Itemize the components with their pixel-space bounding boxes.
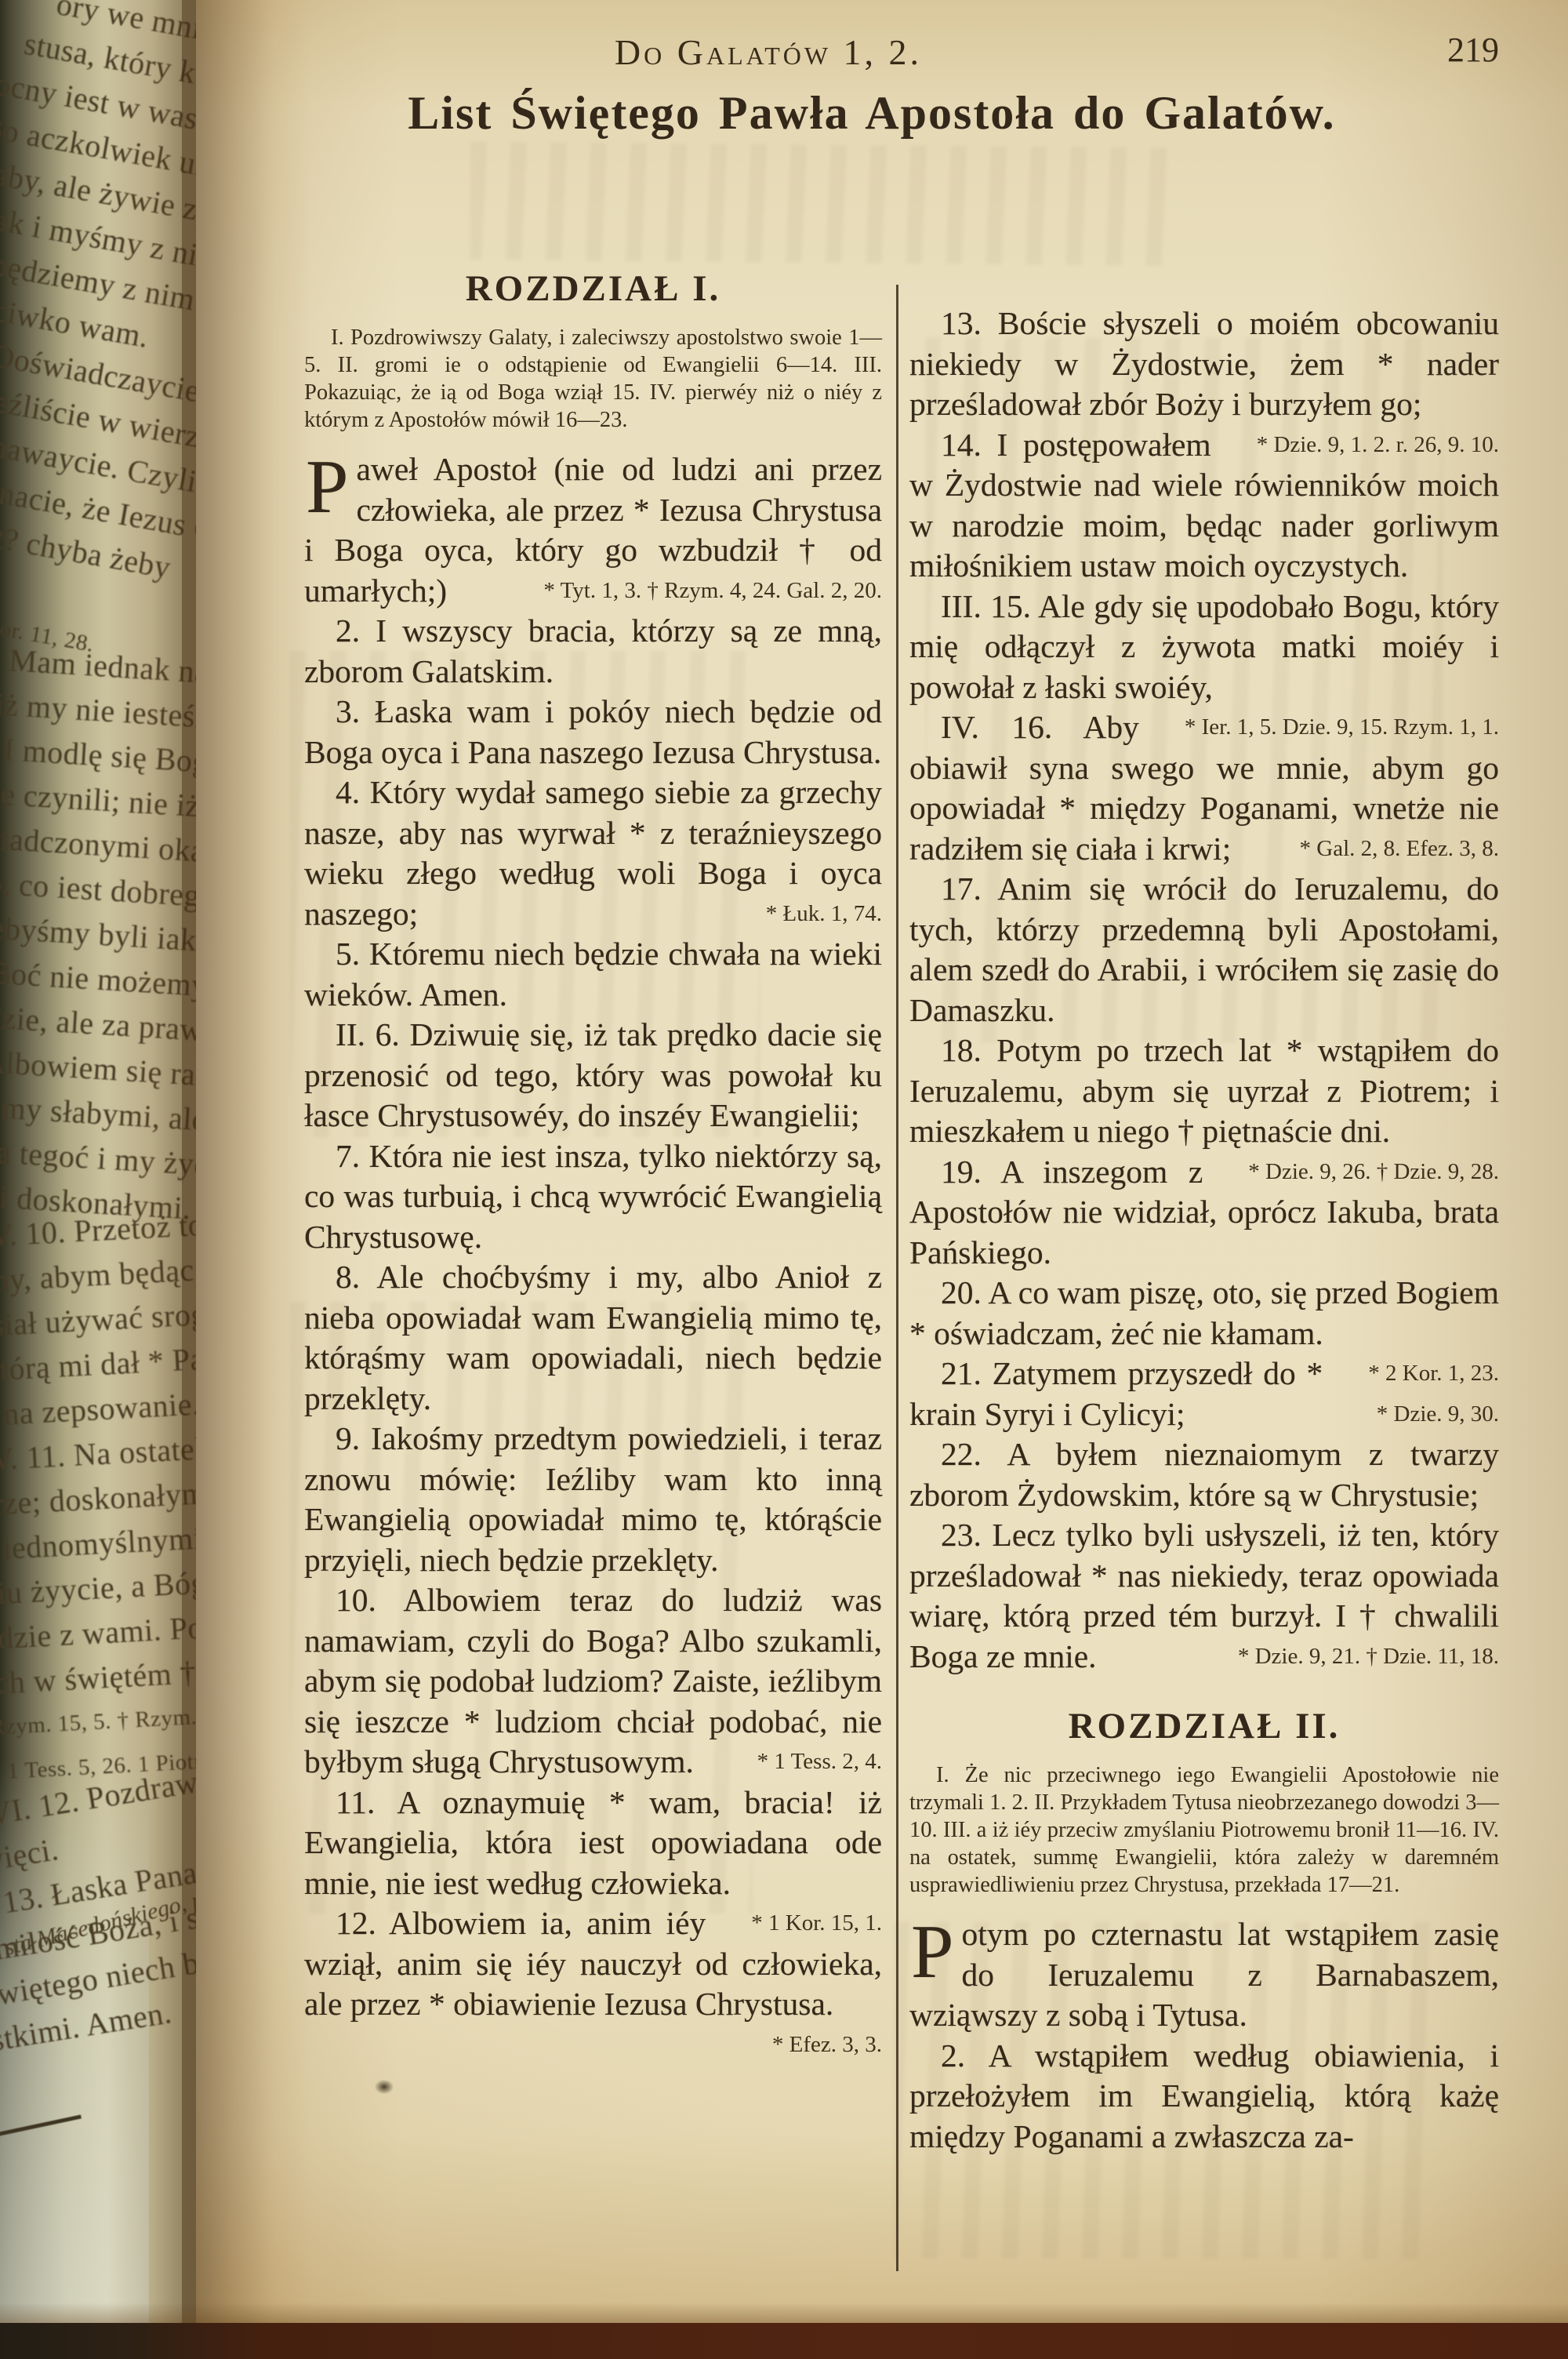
cross-reference: * Efez. 3, 3. xyxy=(727,2025,882,2066)
facing-page-text-block: óry we mnie mówi,stusa, który ku wam nie… xyxy=(0,0,196,714)
table-surface xyxy=(0,2323,1568,2359)
verse-text: 20. A co wam piszę, oto, się przed Bogie… xyxy=(909,1274,1499,1351)
column-divider-rule xyxy=(896,285,898,2271)
verse-paragraph: 9. Iakośmy przedtym powiedzieli, i teraz… xyxy=(304,1419,882,1580)
verse-paragraph: 2. A wstąpiłem według obiawienia, i prze… xyxy=(909,2036,1499,2157)
verse-text: 8. Ale choćbyśmy i my, albo Anioł z nieb… xyxy=(304,1259,882,1416)
book-page: Do Galatów 1, 2. 219 List Świętego Pawła… xyxy=(196,0,1568,2323)
book-title: List Świętego Pawła Apostoła do Galatów. xyxy=(229,86,1515,140)
page-number: 219 xyxy=(1447,30,1499,70)
cross-reference: * Łuk. 1, 74. xyxy=(720,894,882,935)
verse-paragraph: 5. Któremu niech będzie chwała na wieki … xyxy=(304,934,882,1015)
cross-reference: * Gal. 2, 8. Efez. 3, 8. xyxy=(1254,829,1500,870)
masthead: Do Galatów 1, 2. 219 List Świętego Pawła… xyxy=(196,0,1568,263)
verse-paragraph: 23. Lecz tylko byli usłyszeli, iż ten, k… xyxy=(909,1515,1499,1677)
verse-paragraph: 7. Która nie iest insza, tylko niektórzy… xyxy=(304,1136,882,1258)
chapter-1-summary: I. Pozdrowiwszy Galaty, i zaleciwszy apo… xyxy=(304,324,882,434)
verse-paragraph: Potym po czternastu lat wstąpiłem zasię … xyxy=(909,1914,1499,2036)
verse-text: 22. A byłem nieznaiomym z twarzy zborom … xyxy=(909,1436,1499,1513)
chapter-1-verses-right: 13. Boście słyszeli o moiém obcowaniu ni… xyxy=(909,304,1499,1677)
book-photo: óry we mnie mówi,stusa, który ku wam nie… xyxy=(0,0,1568,2359)
cross-reference: * 1 Kor. 15, 1. xyxy=(706,1903,882,1944)
verse-text: 3. Łaska wam i pokóy niech będzie od Bog… xyxy=(304,693,882,770)
verse-paragraph: 13. Boście słyszeli o moiém obcowaniu ni… xyxy=(909,304,1499,425)
chapter-2-heading: ROZDZIAŁ II. xyxy=(909,1705,1499,1747)
left-page-rule xyxy=(0,2114,82,2143)
facing-page-text-block: IV. 10. Przetoż to piszę, niebecny, abym… xyxy=(0,1187,196,1796)
chapter-2-summary: I. Że nic przeciwnego iego Ewangielii Ap… xyxy=(909,1761,1499,1899)
verse-text: 21. Zatymem przyszedł do * krain Syryi i… xyxy=(909,1355,1323,1432)
verse-paragraph: 8. Ale choćbyśmy i my, albo Anioł z nieb… xyxy=(304,1257,882,1419)
cross-reference: * Ier. 1, 5. Dzie. 9, 15. Rzym. 1, 1. xyxy=(1139,707,1499,748)
verse-paragraph: II. 6. Dziwuię się, iż tak prędko dacie … xyxy=(304,1015,882,1136)
verse-paragraph: 11. A oznaymuię * wam, bracia! iż Ewangi… xyxy=(304,1783,882,1904)
verse-text: 17. Anim się wrócił do Ieruzalemu, do ty… xyxy=(909,871,1499,1028)
verse-paragraph: III. 15. Ale gdy się upodobało Bogu, któ… xyxy=(909,587,1499,708)
verse-paragraph: 22. A byłem nieznaiomym z twarzy zborom … xyxy=(909,1434,1499,1515)
verse-text: otym po czternastu lat wstąpiłem zasię d… xyxy=(909,1916,1499,2033)
verse-paragraph: 20. A co wam piszę, oto, się przed Bogie… xyxy=(909,1273,1499,1354)
cross-reference: * Dzie. 9, 30. xyxy=(1331,1394,1499,1435)
left-column: ROZDZIAŁ I. I. Pozdrowiwszy Galaty, i za… xyxy=(304,263,882,2323)
cross-reference: * 1 Tess. 2, 4. xyxy=(712,1742,882,1783)
cross-reference: * 2 Kor. 1, 23. xyxy=(1323,1354,1499,1394)
verse-paragraph: 17. Anim się wrócił do Ieruzalemu, do ty… xyxy=(909,869,1499,1030)
chapter-1-heading: ROZDZIAŁ I. xyxy=(304,267,882,310)
facing-page: óry we mnie mówi,stusa, który ku wam nie… xyxy=(0,0,196,2323)
verse-text: 11. A oznaymuię * wam, bracia! iż Ewangi… xyxy=(304,1784,882,1901)
verse-text: 18. Potym po trzech lat * wstąpiłem do I… xyxy=(909,1032,1499,1149)
cross-reference: * Tyt. 1, 3. † Rzym. 4, 24. Gal. 2, 20. xyxy=(529,571,882,612)
verse-paragraph: Paweł Apostoł (nie od ludzi ani przez cz… xyxy=(304,449,882,611)
verse-text: 7. Która nie iest insza, tylko niektórzy… xyxy=(304,1138,882,1255)
right-column: 13. Boście słyszeli o moiém obcowaniu ni… xyxy=(909,263,1499,2323)
facing-page-text-block: 6. Mam iednak nadzieię, że pcie, iż my n… xyxy=(0,634,196,1246)
verse-paragraph: 18. Potym po trzech lat * wstąpiłem do I… xyxy=(909,1030,1499,1152)
running-head-title: Do Galatów 1, 2. xyxy=(196,31,1454,73)
verse-paragraph: 4. Który wydał samego siebie za grzechy … xyxy=(304,772,882,934)
cross-reference: * Dzie. 9, 21. † Dzie. 11, 18. xyxy=(1192,1637,1499,1677)
chapter-1-verses-left: Paweł Apostoł (nie od ludzi ani przez cz… xyxy=(304,449,882,2025)
verse-text: 2. A wstąpiłem według obiawienia, i prze… xyxy=(909,2037,1499,2154)
cross-reference: * Dzie. 9, 1. 2. r. 26, 9. 10. xyxy=(1211,425,1499,466)
verse-paragraph: 2. I wszyscy bracia, którzy są ze mną, z… xyxy=(304,611,882,692)
drop-cap: P xyxy=(909,1914,962,1983)
verse-text: II. 6. Dziwuię się, iż tak prędko dacie … xyxy=(304,1016,882,1133)
chapter-2-verses: Potym po czternastu lat wstąpiłem zasię … xyxy=(909,1914,1499,2157)
text-columns: ROZDZIAŁ I. I. Pozdrowiwszy Galaty, i za… xyxy=(196,263,1568,2323)
drop-cap: P xyxy=(304,449,357,518)
verse-paragraph: 3. Łaska wam i pokóy niech będzie od Bog… xyxy=(304,692,882,772)
verse-text: III. 15. Ale gdy się upodobało Bogu, któ… xyxy=(909,588,1499,705)
verse-text: 2. I wszyscy bracia, którzy są ze mną, z… xyxy=(304,612,882,689)
verse-text: 5. Któremu niech będzie chwała na wieki … xyxy=(304,936,882,1012)
verse-text: 13. Boście słyszeli o moiém obcowaniu ni… xyxy=(909,305,1499,422)
verse-text: 9. Iakośmy przedtym powiedzieli, i teraz… xyxy=(304,1420,882,1578)
cross-reference: * Dzie. 9, 26. † Dzie. 9, 28. xyxy=(1203,1152,1499,1193)
verse-paragraph: 10. Albowiem teraz do ludziż was namawia… xyxy=(304,1580,882,1783)
